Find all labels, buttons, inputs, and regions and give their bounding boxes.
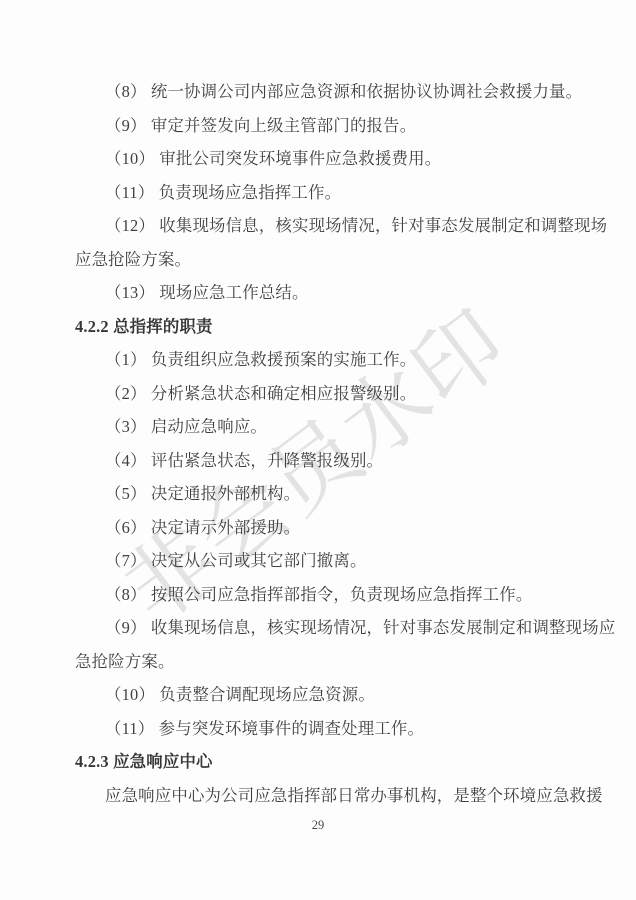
- list-item-2-9-continuation: 急抢险方案。: [75, 645, 609, 679]
- list-item-1-11: （11） 负责现场应急指挥工作。: [75, 176, 609, 210]
- document-body: （8） 统一协调公司内部应急资源和依据协议协调社会救援力量。 （9） 审定并签发…: [75, 75, 609, 812]
- list-item-2-10: （10） 负责整合调配现场应急资源。: [75, 678, 609, 712]
- list-item-1-13: （13） 现场应急工作总结。: [75, 276, 609, 310]
- list-item-2-7: （7） 决定从公司或其它部门撤离。: [75, 544, 609, 578]
- list-item-2-4: （4） 评估紧急状态，升降警报级别。: [75, 444, 609, 478]
- list-item-2-6: （6） 决定请示外部援助。: [75, 511, 609, 545]
- list-item-2-1: （1） 负责组织应急救援预案的实施工作。: [75, 343, 609, 377]
- list-item-2-3: （3） 启动应急响应。: [75, 410, 609, 444]
- list-item-2-8: （8） 按照公司应急指挥部指令，负责现场应急指挥工作。: [75, 578, 609, 612]
- document-page: 非会员水印 （8） 统一协调公司内部应急资源和依据协议协调社会救援力量。 （9）…: [0, 0, 636, 900]
- list-item-1-10: （10） 审批公司突发环境事件应急救援费用。: [75, 142, 609, 176]
- list-item-1-9: （9） 审定并签发向上级主管部门的报告。: [75, 109, 609, 143]
- list-item-1-8: （8） 统一协调公司内部应急资源和依据协议协调社会救援力量。: [75, 75, 609, 109]
- page-number: 29: [0, 818, 636, 833]
- list-item-1-12: （12） 收集现场信息，核实现场情况，针对事态发展制定和调整现场: [75, 209, 609, 243]
- list-item-2-11: （11） 参与突发环境事件的调查处理工作。: [75, 712, 609, 746]
- list-item-2-5: （5） 决定通报外部机构。: [75, 477, 609, 511]
- list-item-2-2: （2） 分析紧急状态和确定相应报警级别。: [75, 377, 609, 411]
- heading-4-2-3: 4.2.3 应急响应中心: [75, 745, 609, 779]
- list-item-1-12-continuation: 应急抢险方案。: [75, 243, 609, 277]
- list-item-2-9: （9） 收集现场信息，核实现场情况，针对事态发展制定和调整现场应: [75, 611, 609, 645]
- heading-4-2-2: 4.2.2 总指挥的职责: [75, 310, 609, 344]
- paragraph-4-2-3-line-1: 应急响应中心为公司应急指挥部日常办事机构，是整个环境应急救援: [75, 779, 609, 813]
